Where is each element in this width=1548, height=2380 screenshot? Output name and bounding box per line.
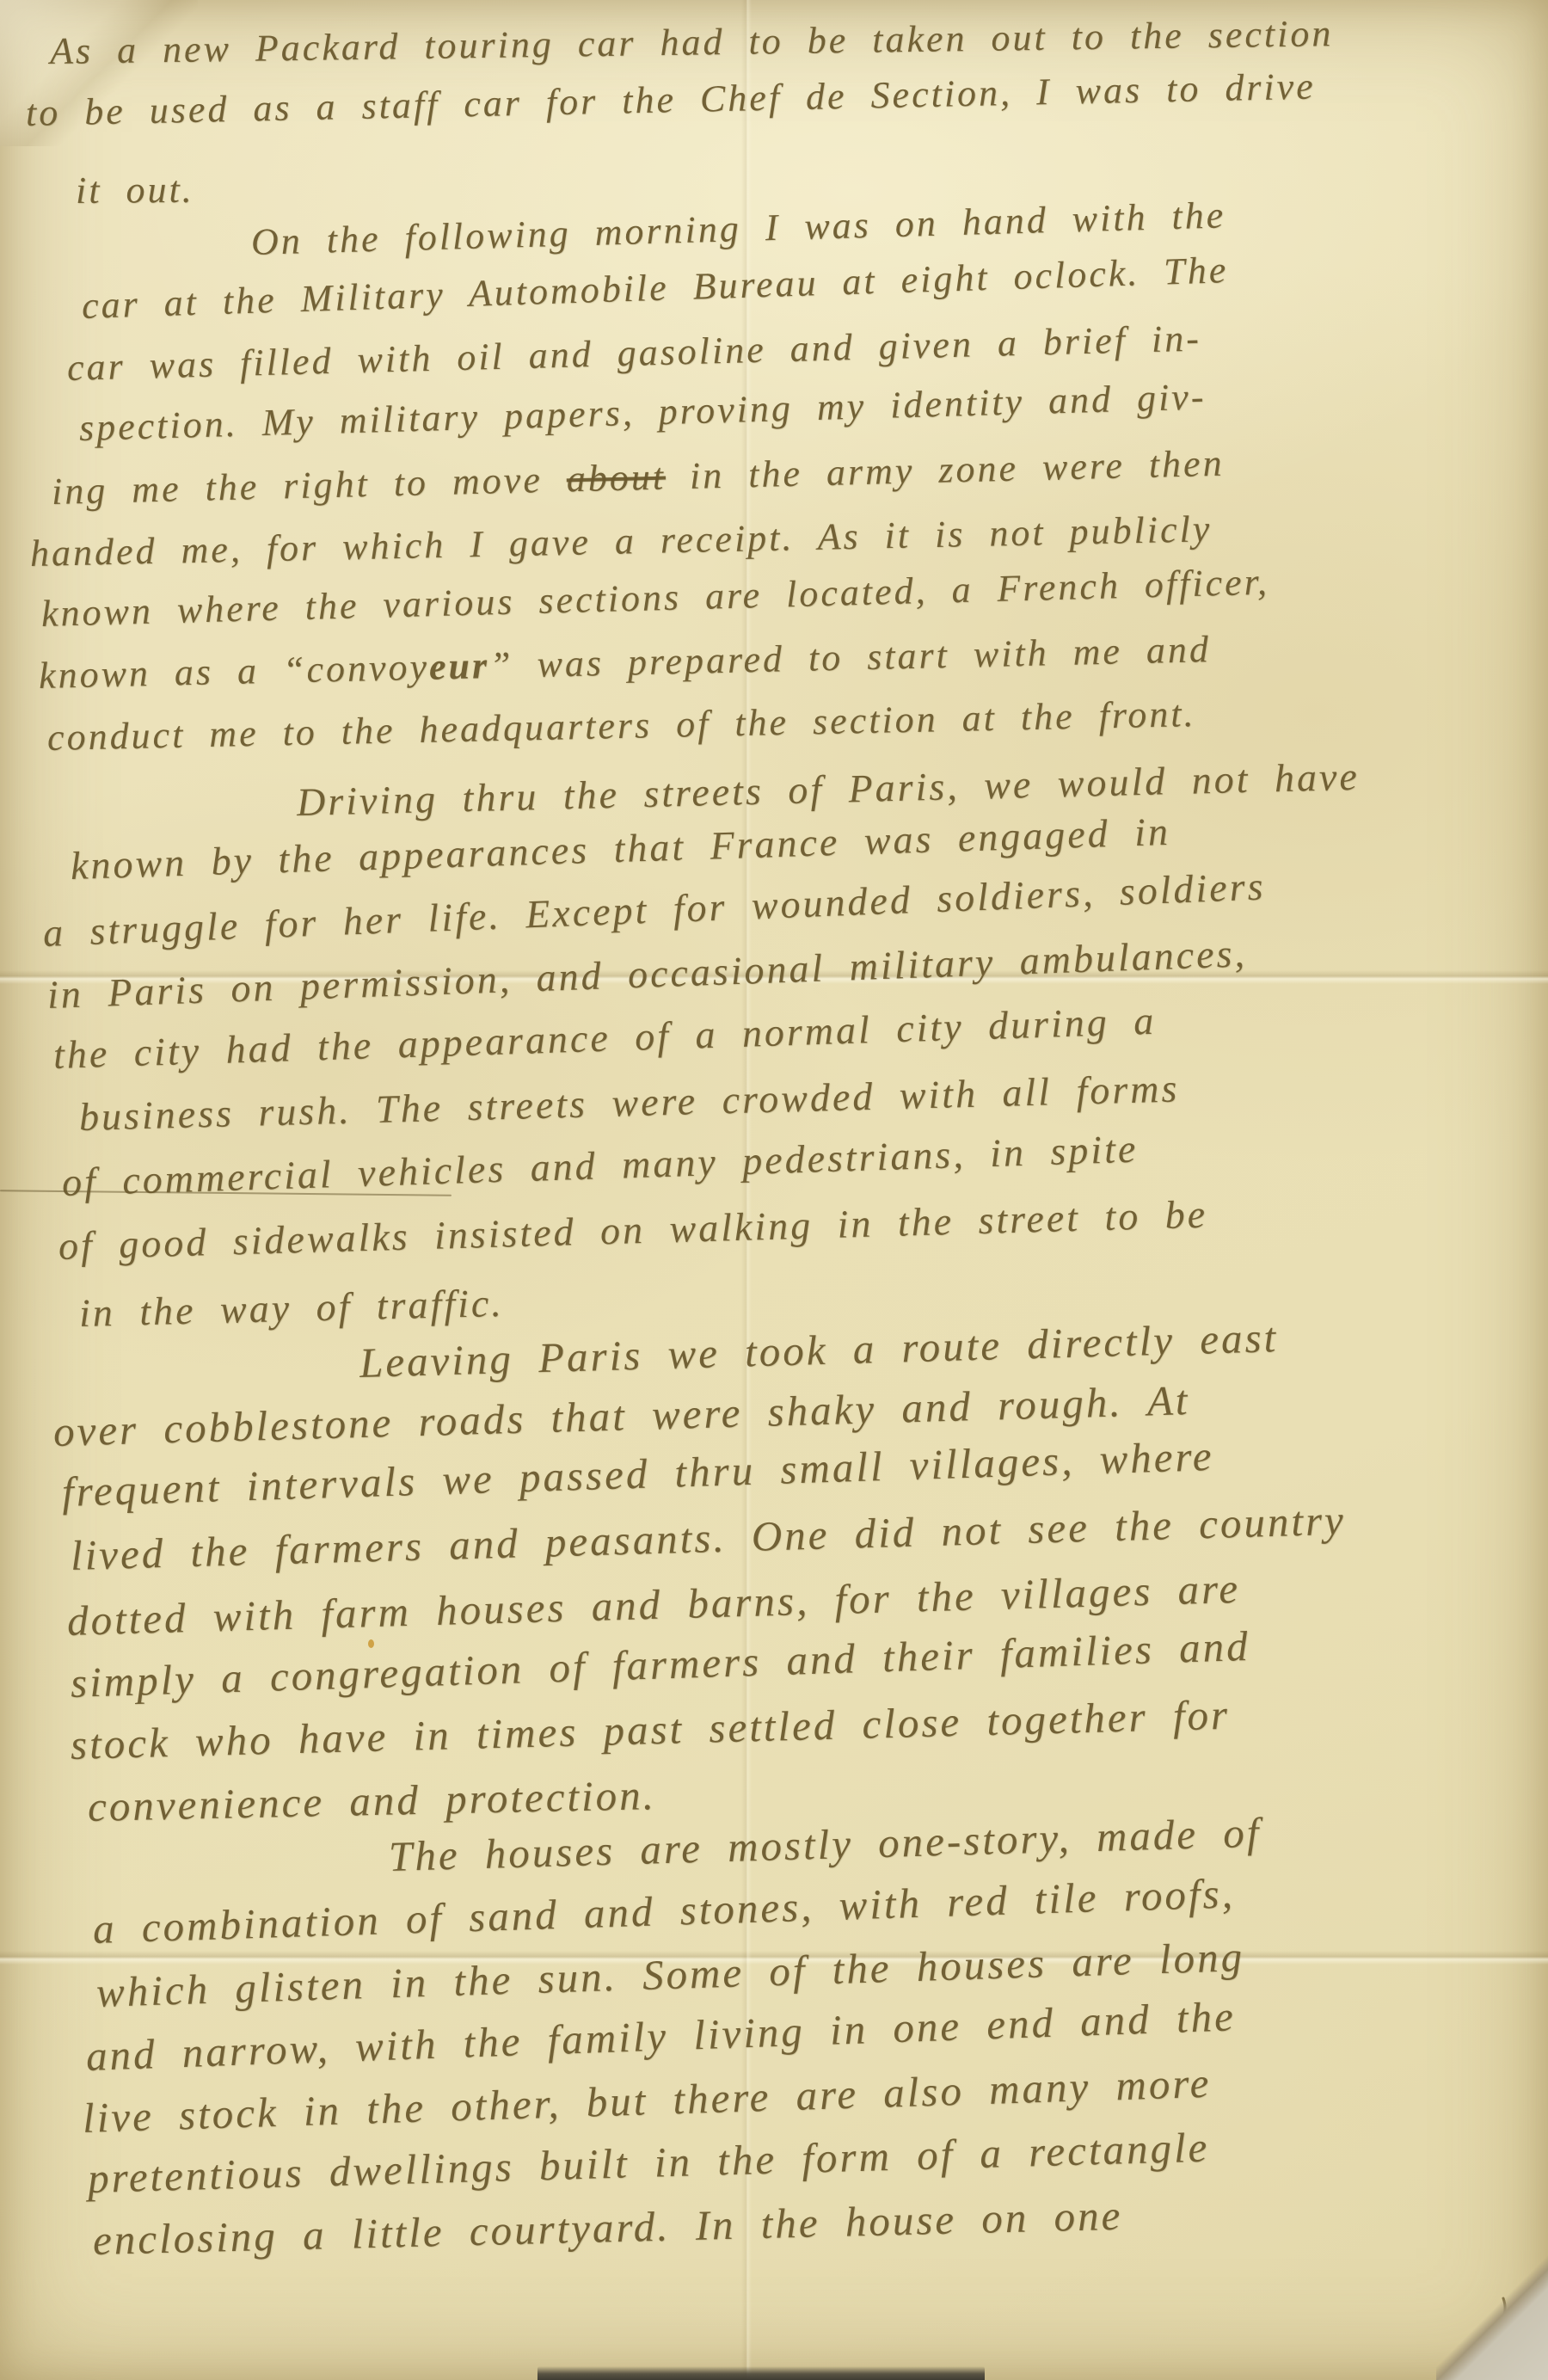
line-text: car was filled with oil and gasoline and… (66, 317, 1201, 389)
line-text: known where the various sections are loc… (40, 561, 1269, 635)
scan-edge-shadow-strip (537, 2366, 985, 2380)
line-text: conduct me to the headquarters of the se… (46, 692, 1195, 759)
line-text: in the way of traffic. (78, 1281, 504, 1335)
line-text: to be used as a staff car for the Chef d… (25, 65, 1316, 134)
letter-line-2: to be used as a staff car for the Chef d… (25, 65, 1316, 135)
letter-line-3: it out. (76, 168, 194, 212)
line-text: stock who have in times past settled clo… (70, 1691, 1230, 1768)
line-text: of commercial vehicles and many pedestri… (61, 1127, 1139, 1204)
letter-line-8: ing me the right to move about in the ar… (51, 441, 1225, 514)
paper-fleck-stain (368, 1639, 374, 1648)
line-text: convenience and protection. (87, 1771, 656, 1830)
line-text: Driving thru the streets of Paris, we wo… (296, 754, 1360, 824)
line-text: handed me, for which I gave a receipt. A… (29, 507, 1212, 575)
letter-line-7: spection. My military papers, proving my… (78, 374, 1207, 450)
letter-line-29: convenience and protection. (87, 1770, 656, 1831)
struck-word: about (566, 456, 666, 501)
line-text: business rush. The streets were crowded … (78, 1067, 1180, 1139)
line-text: of good sidewalks insisted on walking in… (58, 1192, 1207, 1268)
letter-line-11: known as a “convoyeur” was prepared to s… (38, 627, 1211, 698)
letter-line-12: conduct me to the headquarters of the se… (46, 692, 1196, 760)
line-text: ” was prepared to start with me and (488, 628, 1211, 686)
letter-line-21: in the way of traffic. (78, 1280, 504, 1336)
letter-line-1: As a new Packard touring car had to be t… (50, 11, 1334, 73)
letter-line-13: Driving thru the streets of Paris, we wo… (296, 753, 1360, 825)
bottom-right-torn-corner (1436, 2251, 1548, 2380)
letter-scan-page: As a new Packard touring car had to be t… (0, 0, 1548, 2380)
line-text: known as a “convoy (38, 646, 429, 697)
letter-line-20: of good sidewalks insisted on walking in… (58, 1191, 1208, 1269)
line-text: As a new Packard touring car had to be t… (50, 12, 1334, 72)
line-text: it out. (76, 169, 194, 212)
letter-line-18: business rush. The streets were crowded … (78, 1066, 1180, 1140)
line-text: spection. My military papers, proving my… (78, 375, 1207, 449)
line-text: ing me the right to move (51, 458, 567, 513)
letter-line-36: enclosing a little courtyard. In the hou… (92, 2191, 1123, 2265)
letter-line-19: of commercial vehicles and many pedestri… (61, 1126, 1139, 1205)
line-text: enclosing a little courtyard. In the hou… (92, 2192, 1123, 2264)
overwritten-correction: eur (428, 644, 489, 688)
